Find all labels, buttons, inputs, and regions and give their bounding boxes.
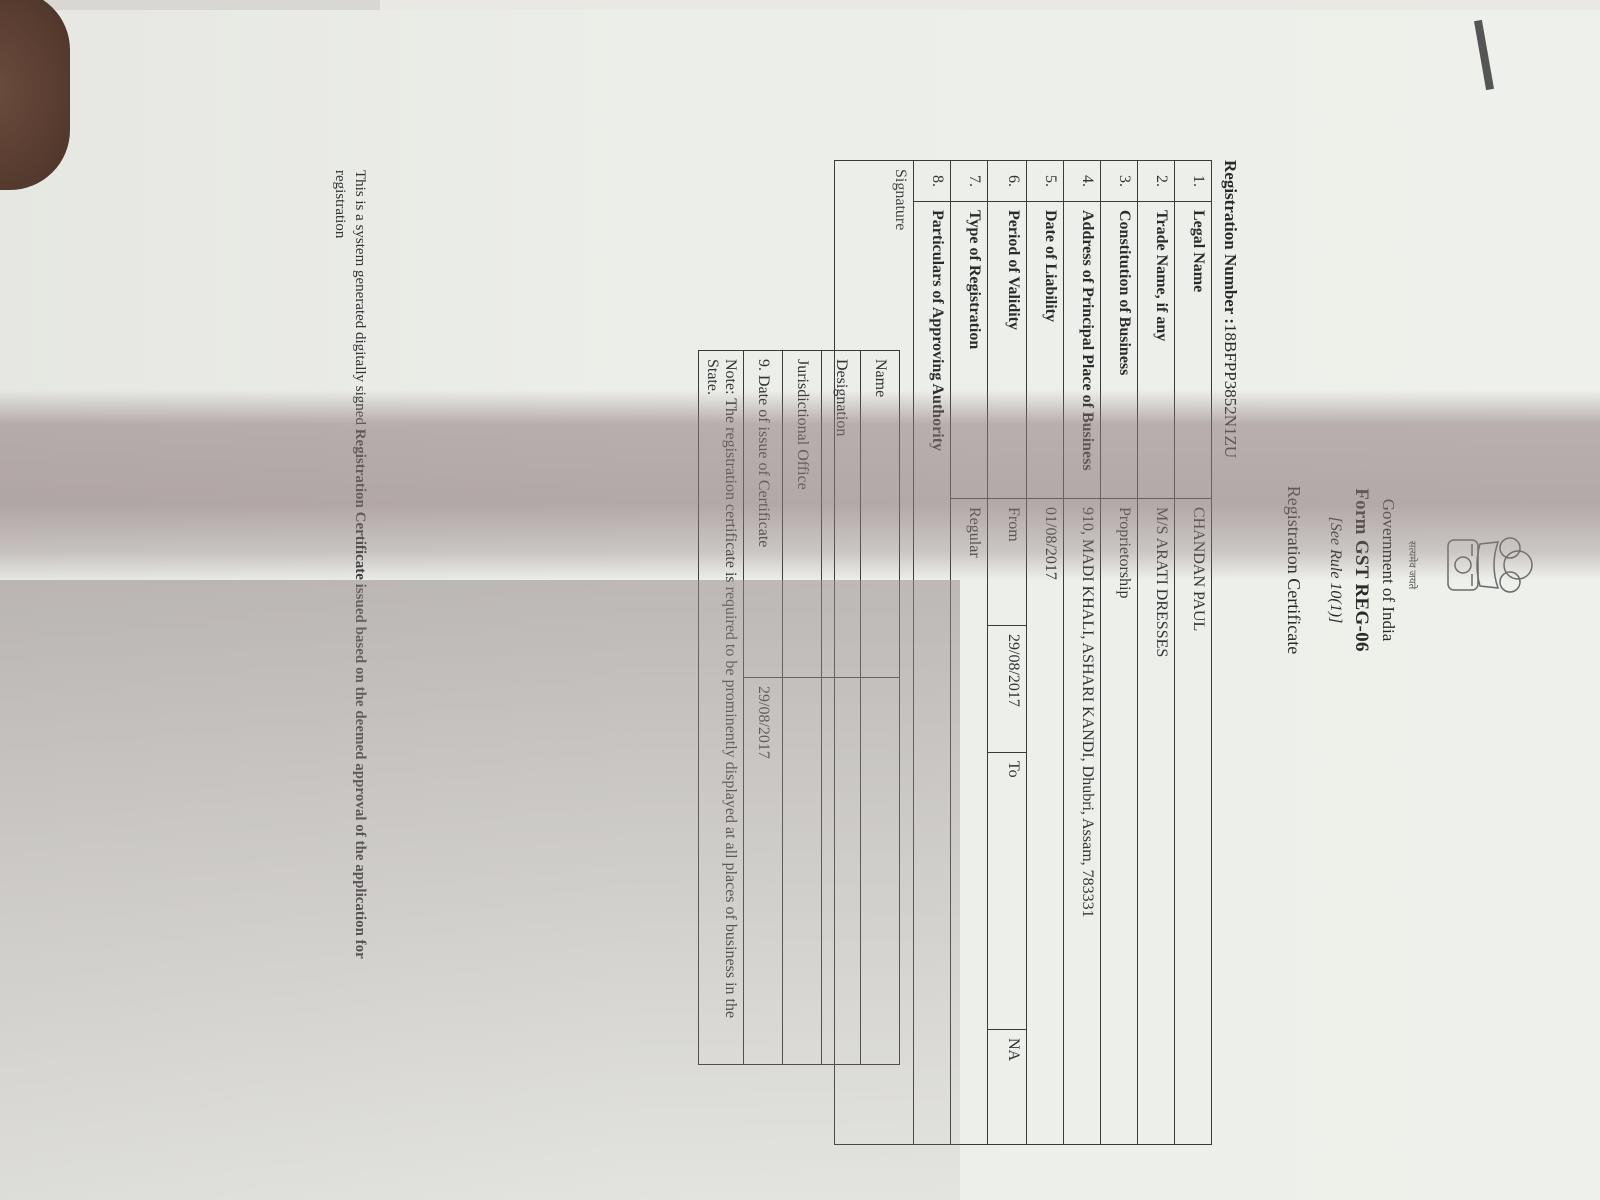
table-row: 6. Period of Validity From 29/08/2017 To…: [988, 161, 1027, 1145]
table-row: 3. Constitution of Business Proprietorsh…: [1101, 161, 1138, 1145]
table-row: 8. Particulars of Approving Authority: [914, 161, 951, 1145]
registration-number: Registration Number :18BFPP3852N1ZU: [1220, 160, 1240, 458]
validity-from-value: 29/08/2017: [988, 626, 1026, 753]
footer-bold-text: Registration Certificate issued based on…: [352, 429, 368, 959]
validity-to-label: To: [988, 753, 1026, 1030]
trade-name-label: Trade Name, if any: [1138, 202, 1175, 499]
issue-date-value: 29/08/2017: [744, 678, 783, 1065]
jurisdictional-office-label: Jurisdictional Office: [783, 351, 822, 678]
legal-name-label: Legal Name: [1175, 202, 1212, 499]
row-number: 7.: [951, 161, 988, 202]
validity-table: From 29/08/2017 To NA: [988, 499, 1026, 1144]
table-row: Name: [861, 351, 900, 1065]
row-number: 3.: [1101, 161, 1138, 202]
signature-label: Signature: [892, 169, 909, 230]
certificate-title: Registration Certificate: [1283, 30, 1304, 1110]
table-row: Jurisdictional Office: [783, 351, 822, 1065]
row-number: 1.: [1175, 161, 1212, 202]
liability-date-label: Date of Liability: [1027, 202, 1064, 499]
registration-number-label: Registration Number :: [1221, 160, 1240, 324]
jurisdictional-office-value: [783, 678, 822, 1065]
registration-type-label: Type of Registration: [951, 202, 988, 499]
table-row: Designation: [822, 351, 861, 1065]
approving-authority-table: Name Designation Jurisdictional Office 9…: [698, 350, 900, 1065]
table-row: 7. Type of Registration Regular: [951, 161, 988, 1145]
registration-number-value: 18BFPP3852N1ZU: [1221, 324, 1240, 458]
form-heading: Form GST REG-06: [1350, 30, 1372, 1110]
table-row: 4. Address of Principal Place of Busines…: [1064, 161, 1101, 1145]
validity-from-label: From: [988, 499, 1026, 626]
table-row: Note: The registration certificate is re…: [699, 351, 744, 1065]
validity-cell: From 29/08/2017 To NA: [988, 499, 1027, 1145]
table-row: 5. Date of Liability 01/08/2017: [1027, 161, 1064, 1145]
footer-line2: registration: [332, 170, 348, 238]
footer-note: This is a system generated digitally sig…: [330, 170, 370, 1170]
trade-name-value: M/S ARATI DRESSES: [1138, 499, 1175, 1145]
constitution-value: Proprietorship: [1101, 499, 1138, 1145]
registration-certificate: सत्यमेव जयते Government of India Form GS…: [390, 30, 1540, 1110]
table-row: 2. Trade Name, if any M/S ARATI DRESSES: [1138, 161, 1175, 1145]
row-number: 6.: [988, 161, 1027, 202]
footer-prefix: This is a system generated digitally sig…: [352, 170, 368, 429]
constitution-label: Constitution of Business: [1101, 202, 1138, 499]
address-label: Address of Principal Place of Business: [1064, 202, 1101, 499]
display-note: Note: The registration certificate is re…: [699, 351, 744, 1065]
authority-name-value: [861, 678, 900, 1065]
designation-value: [822, 678, 861, 1065]
thumb: [0, 0, 70, 190]
rule-reference: [See Rule 10(1)]: [1326, 30, 1344, 1110]
row-number: 2.: [1138, 161, 1175, 202]
row-number: 4.: [1064, 161, 1101, 202]
approving-authority-label: Particulars of Approving Authority: [914, 202, 951, 1145]
liability-date-value: 01/08/2017: [1027, 499, 1064, 1145]
registration-type-value: Regular: [951, 499, 988, 1145]
authority-name-label: Name: [861, 351, 900, 678]
validity-label: Period of Validity: [988, 202, 1027, 499]
legal-name-value: CHANDAN PAUL: [1175, 499, 1212, 1145]
row-number: 5.: [1027, 161, 1064, 202]
issue-date-label: 9. Date of issue of Certificate: [744, 351, 783, 678]
address-value: 910, MADI KHALI, ASHARI KANDI, Dhubri, A…: [1064, 499, 1101, 1145]
table-row: 1. Legal Name CHANDAN PAUL: [1175, 161, 1212, 1145]
ashoka-emblem-icon: [1430, 530, 1540, 600]
government-heading: Government of India: [1378, 30, 1398, 1110]
designation-label: Designation: [822, 351, 861, 678]
table-row: 9. Date of issue of Certificate 29/08/20…: [744, 351, 783, 1065]
emblem-motto: सत्यमेव जयते: [1406, 520, 1420, 610]
validity-to-value: NA: [988, 1030, 1026, 1145]
row-number: 8.: [914, 161, 951, 202]
